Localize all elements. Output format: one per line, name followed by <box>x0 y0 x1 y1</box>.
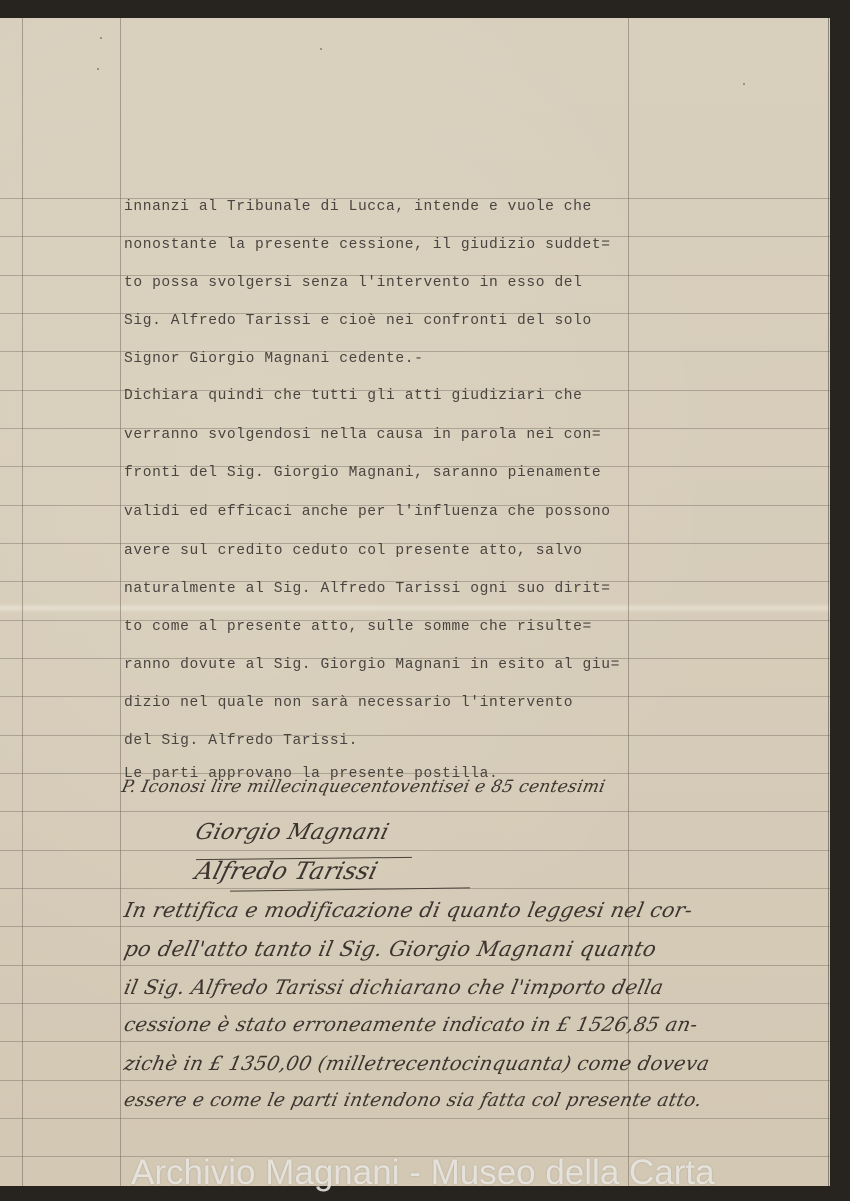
typed-line: dizio nel quale non sarà necessario l'in… <box>124 695 573 711</box>
signature-giorgio-magnani: Giorgio Magnani <box>193 820 392 845</box>
handwritten-note: P. Iconosi lire millecinquecentoventisei… <box>120 777 607 797</box>
handwritten-line: po dell'atto tanto il Sig. Giorgio Magna… <box>122 937 659 961</box>
page-viewer: innanzi al Tribunale di Lucca, intende e… <box>0 0 850 1201</box>
ruled-line <box>0 1118 830 1119</box>
typed-line: Signor Giorgio Magnani cedente.- <box>124 351 423 367</box>
typed-line: nonostante la presente cessione, il giud… <box>124 237 611 253</box>
typed-line: to come al presente atto, sulle somme ch… <box>124 619 592 635</box>
paper-speck <box>97 68 99 70</box>
handwritten-line: zichè in £ 1350,00 (milletrecentocinquan… <box>122 1052 712 1075</box>
paper-speck <box>100 37 102 39</box>
ruled-line <box>0 926 830 927</box>
typed-line: innanzi al Tribunale di Lucca, intende e… <box>124 199 592 215</box>
signature-alfredo-tarissi: Alfredo Tarissi <box>192 857 381 885</box>
typed-line: verranno svolgendosi nella causa in paro… <box>124 427 601 443</box>
typed-line: Dichiara quindi che tutti gli atti giudi… <box>124 388 583 404</box>
typed-line: avere sul credito ceduto col presente at… <box>124 543 583 559</box>
ruled-line <box>0 1041 830 1042</box>
handwritten-line: cessione è stato erroneamente indicato i… <box>122 1013 700 1036</box>
typed-line: Sig. Alfredo Tarissi e cioè nei confront… <box>124 313 592 329</box>
paper-speck <box>320 48 322 50</box>
margin-line-left <box>22 18 23 1186</box>
handwritten-line: il Sig. Alfredo Tarissi dichiarano che l… <box>122 975 666 999</box>
ruled-line <box>0 965 830 966</box>
paper-speck <box>743 83 745 85</box>
margin-line-right <box>628 18 629 1186</box>
margin-line-text <box>120 18 121 1186</box>
ruled-line <box>0 850 830 851</box>
archive-watermark: Archivio Magnani - Museo della Carta <box>131 1153 715 1193</box>
page-edge-right <box>828 18 829 1186</box>
typed-line: naturalmente al Sig. Alfredo Tarissi ogn… <box>124 581 611 597</box>
typed-line: fronti del Sig. Giorgio Magnani, saranno… <box>124 465 601 481</box>
handwritten-line: essere e come le parti intendono sia fat… <box>122 1090 704 1111</box>
typed-line: del Sig. Alfredo Tarissi. <box>124 733 358 749</box>
document-page <box>0 18 830 1186</box>
typed-line: validi ed efficaci anche per l'influenza… <box>124 504 611 520</box>
typed-line: ranno dovute al Sig. Giorgio Magnani in … <box>124 657 620 673</box>
handwritten-line: In rettifica e modificazione di quanto l… <box>122 898 695 922</box>
ruled-line <box>0 811 830 812</box>
ruled-line <box>0 1080 830 1081</box>
typed-line: to possa svolgersi senza l'intervento in… <box>124 275 583 291</box>
ruled-line <box>0 1003 830 1004</box>
paper-fold <box>0 603 830 613</box>
